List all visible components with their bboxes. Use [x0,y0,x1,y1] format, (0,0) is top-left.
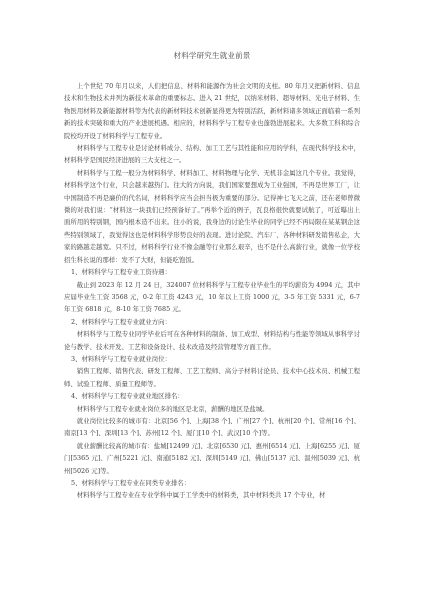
paragraph-direction: 材料科学与工程专业同学毕业后可在各种材料的制备、加工成型、材料结构与性能等领域从… [64,328,360,353]
paragraph-intro: 上个世纪 70 年月以来，人们把信息、材料和能源作为社会文明的支柱。80 年月又… [64,80,360,142]
section-heading-positions: 3、材料科学与工程专业就业岗位： [64,353,360,365]
document-title: 材料学研究生就业前景 [0,50,424,61]
section-heading-ranking: 5、材料科学与工程专业在同类专业排名： [64,477,360,489]
paragraph-regions-jobs: 就业岗位比较多的城市有：北京[56 个]、上海[38 个]、广州[27 个]、杭… [64,415,360,440]
paragraph-definition: 材料科学与工程专业是讨论材料成分、结构、加工工艺与其性能和应用的学科，在现代科学… [64,142,360,167]
paragraph-outlook: 材料科学与工程一般分为材料科学、材料加工、材料物理与化学、无机非金属这几个专业。… [64,167,360,266]
paragraph-regions-summary: 材料科学与工程专业就业岗位多的地区是北京，薪酬的地区是盐城。 [64,403,360,415]
section-heading-salary: 1、材料科学与工程专业工资待遇： [64,266,360,278]
section-heading-regions: 4、材料科学与工程专业就业地区排名： [64,390,360,402]
document-body: 上个世纪 70 年月以来，人们把信息、材料和能源作为社会文明的支柱。80 年月又… [64,80,360,502]
paragraph-salary: 截止到 2023 年 12 月 24 日，324007 位材料科学与工程专业毕业… [64,279,360,316]
document-page: 材料学研究生就业前景 上个世纪 70 年月以来，人们把信息、材料和能源作为社会文… [0,0,424,600]
section-heading-direction: 2、材料科学与工程专业就业方向： [64,316,360,328]
paragraph-regions-salary: 就业薪酬比较高的城市有：盐城[12499 元]、北京[6530 元]、惠州[65… [64,440,360,477]
paragraph-ranking: 材料科学与工程专业在专业学科中属于工学类中的材料类，其中材料类共 17 个专业，… [64,489,360,501]
paragraph-positions: 销售工程师、销售代表、研发工程师、工艺工程师、高分子材料讨论员、技术中心技术员、… [64,365,360,390]
